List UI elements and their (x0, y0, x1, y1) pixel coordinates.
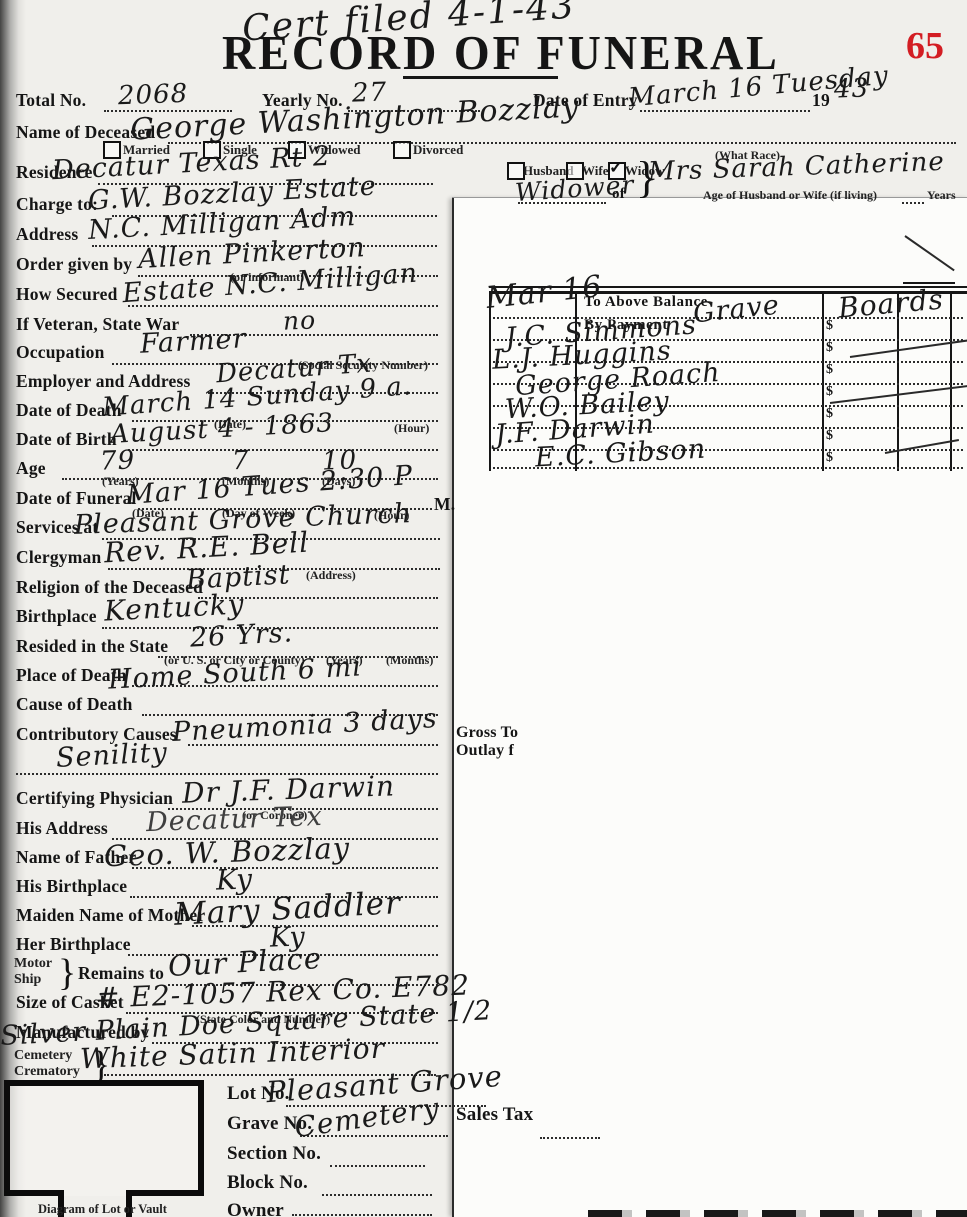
dollar-sign: $ (826, 406, 833, 422)
total-no-label: Total No. (16, 90, 86, 111)
diagram-bottom-right-segment (132, 1190, 204, 1196)
his-address-label: His Address (16, 818, 108, 839)
dotted-leader (330, 1163, 425, 1167)
resided-value: 26 Yrs. (189, 619, 293, 651)
his-address-value: Decatur Tex (146, 803, 324, 836)
spouse-name-value: Mrs Sarah Catherine (648, 149, 945, 185)
name-of-deceased-value: George Washington Bozzlay (130, 92, 581, 145)
age-of-spouse-label: Age of Husband or Wife (if living) (703, 188, 877, 203)
clergyman-label: Clergyman (16, 547, 101, 568)
hour-sublabel: (Hour) (394, 421, 429, 436)
if-veteran-value: no (283, 307, 317, 333)
dotted-leader (518, 200, 606, 204)
diagram-label: Diagram of Lot or Vault (38, 1202, 167, 1217)
pm-label: M. (434, 494, 455, 515)
cause-of-death-label: Cause of Death (16, 694, 133, 715)
motor-word: Motor (14, 956, 52, 972)
scan-bottom-artifact (588, 1210, 967, 1217)
occupation-label: Occupation (16, 342, 105, 363)
his-birthplace-value: Ky (216, 865, 254, 894)
order-given-by-label: Order given by (16, 254, 132, 275)
date-of-funeral-label: Date of Funeral (16, 488, 137, 509)
dotted-leader (128, 447, 438, 451)
years-label: Years (927, 188, 956, 203)
dollar-sign: $ (826, 384, 833, 400)
clergy-address-sublabel: (Address) (306, 568, 356, 583)
age-years-value: 79 (100, 447, 136, 474)
dollar-sign: $ (826, 318, 833, 334)
year-value: 43 (834, 75, 870, 102)
birthplace-label: Birthplace (16, 606, 97, 627)
age-label: Age (16, 458, 46, 479)
outlay-partial: Outlay f (456, 742, 514, 760)
resided-label: Resided in the State (16, 636, 168, 657)
sales-tax-label: Sales Tax (456, 1104, 533, 1126)
section-no-label: Section No. (227, 1143, 321, 1165)
charge-to-label: Charge to: (16, 194, 98, 215)
dollar-sign: $ (826, 450, 833, 466)
spouse-brace: } (636, 158, 657, 198)
dollar-sign: $ (826, 340, 833, 356)
crematory-word: Crematory (14, 1064, 80, 1080)
cemetery-word: Cemetery (14, 1048, 72, 1064)
lot-diagram-box (4, 1080, 204, 1196)
occupation-value: Farmer (139, 325, 247, 358)
funeral-record-scan: Cert filed 4-1-43 RECORD OF FUNERAL 65 T… (0, 0, 967, 1217)
age-months-value: 7 (232, 448, 250, 475)
of-label: of (612, 186, 625, 203)
page-title: RECORD OF FUNERAL (222, 25, 780, 81)
dollar-sign: $ (826, 362, 833, 378)
dotted-leader (540, 1135, 600, 1139)
title-underline (403, 76, 558, 79)
cemetery-value: White Satin Interior (80, 1035, 386, 1074)
diagram-bottom-left-segment (4, 1190, 62, 1196)
dotted-leader (292, 1212, 432, 1216)
address-label: Address (16, 224, 78, 245)
contributory-causes-value-2: Senility (55, 739, 168, 772)
block-no-label: Block No. (227, 1172, 308, 1194)
dotted-leader (902, 200, 924, 204)
owner-label: Owner (227, 1200, 284, 1217)
resided-sublabel-months: (Months) (386, 653, 433, 668)
ship-word: Ship (14, 972, 41, 988)
dotted-leader (322, 1192, 432, 1196)
place-of-death-value: Home South 6 mi (107, 653, 362, 693)
dollar-sign: $ (826, 428, 833, 444)
his-birthplace-label: His Birthplace (16, 876, 127, 897)
year-prefix: 19 (812, 90, 830, 111)
total-no-value: 2068 (118, 81, 189, 109)
divorced-checkbox (393, 141, 411, 159)
gross-total-partial: Gross To (456, 724, 518, 742)
ledger-left-rule (489, 291, 491, 471)
certifying-physician-label: Certifying Physician (16, 788, 173, 809)
how-secured-label: How Secured (16, 284, 118, 305)
remains-brace: } (58, 956, 76, 990)
divorced-label: Divorced (413, 142, 463, 158)
page-number: 65 (906, 24, 944, 68)
